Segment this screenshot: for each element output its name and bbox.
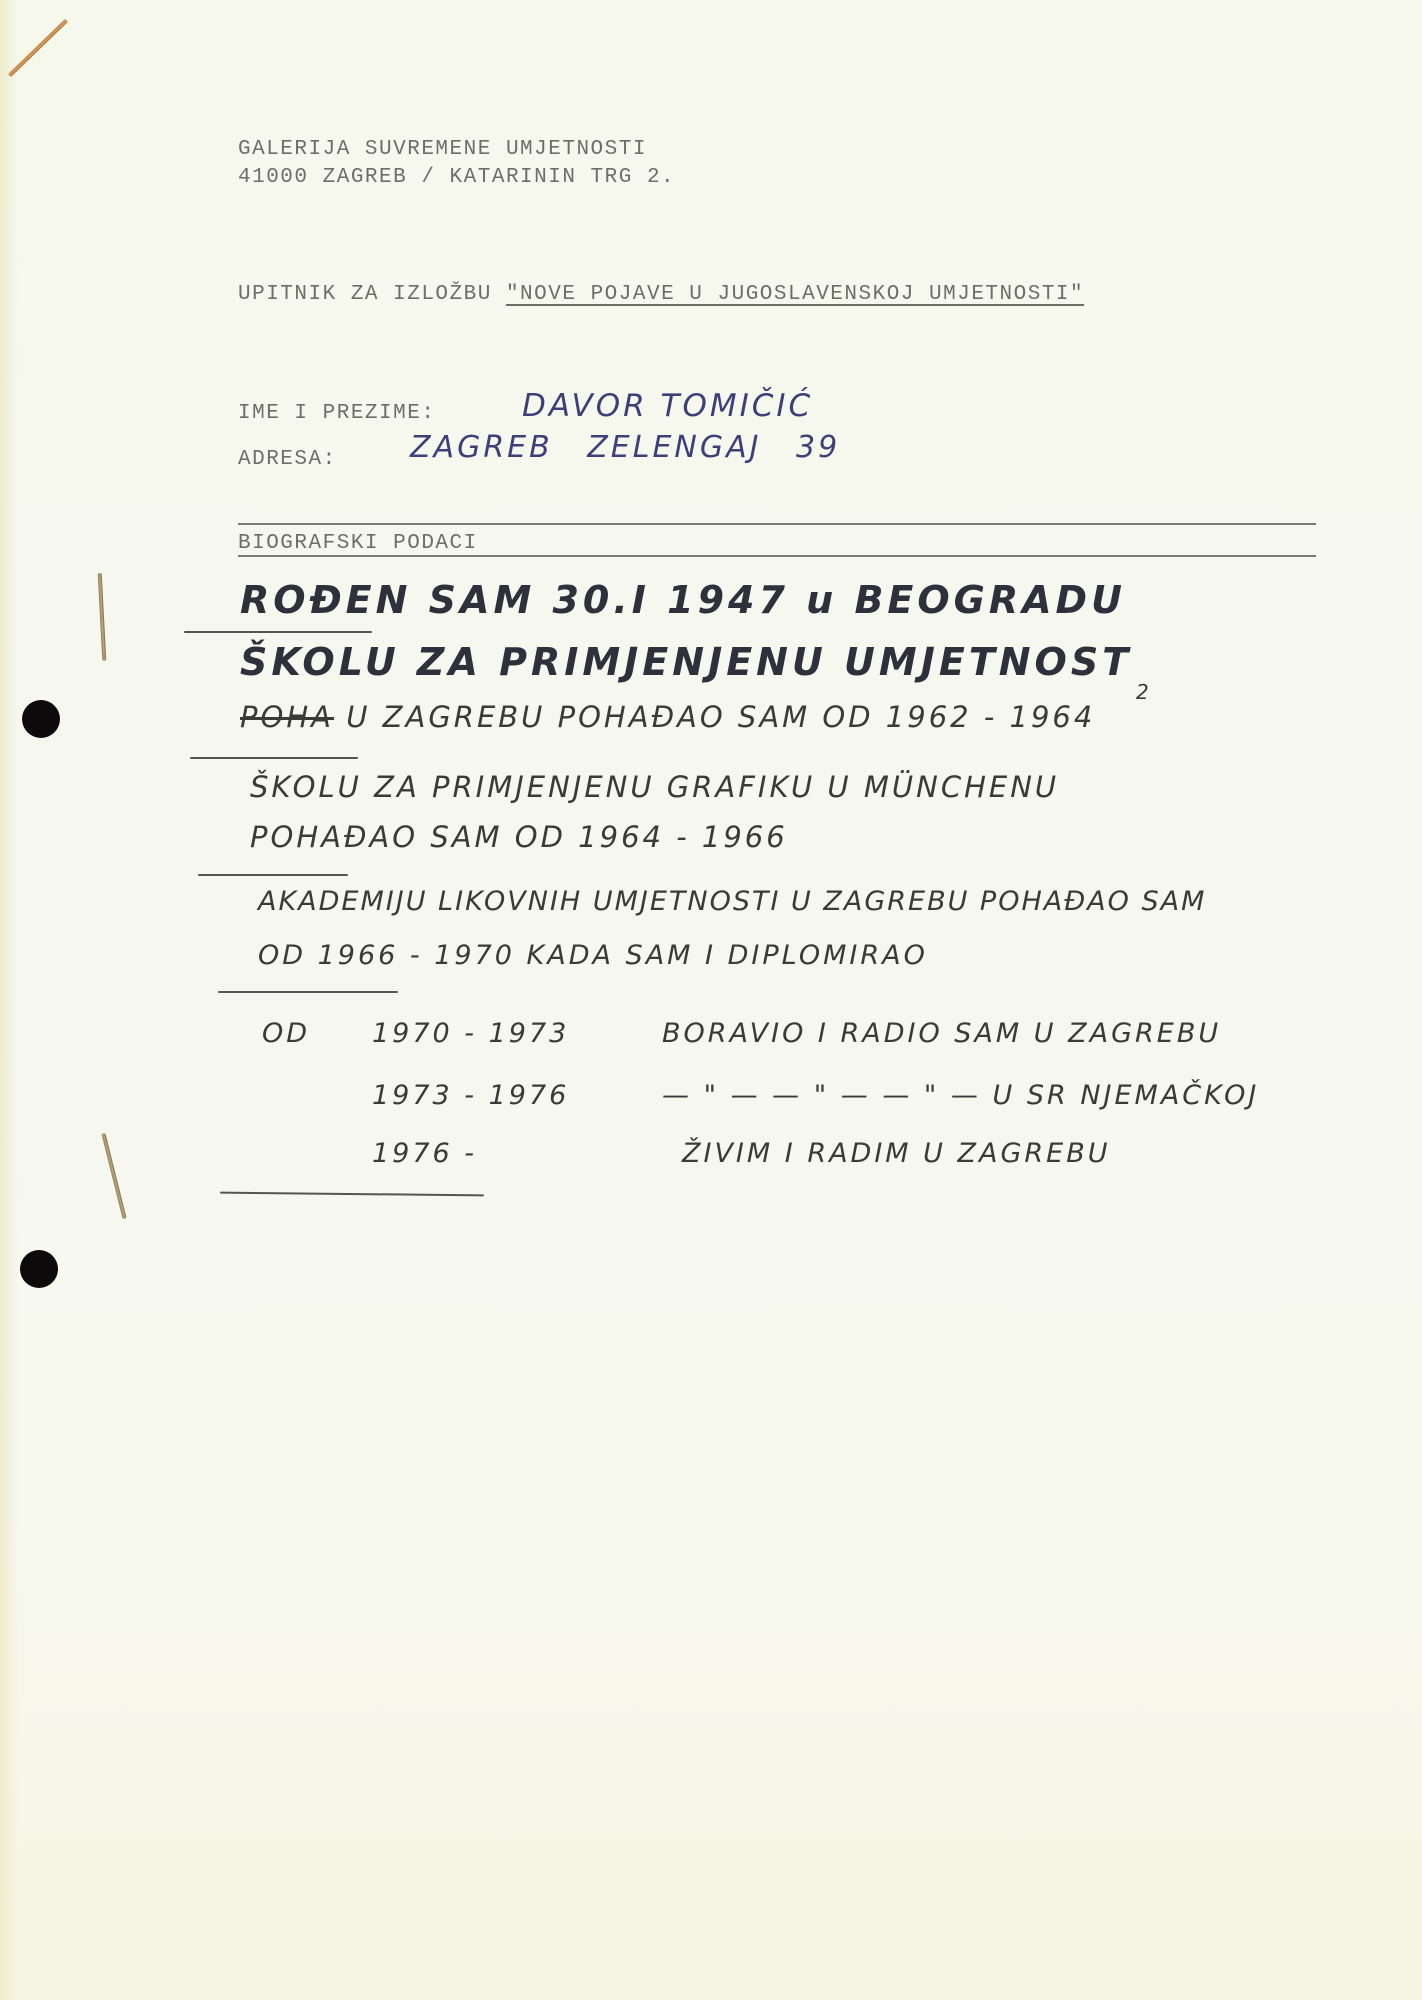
bio-entry-academy-line1: AKADEMIJU LIKOVNIH UMJETNOSTI U ZAGREBU … <box>258 886 1206 917</box>
residence-row: 1973 - 1976— " — — " — — " — U SR NJEMAČ… <box>262 1080 1259 1111</box>
bio-entry-school1-line2: POHA U ZAGREBU POHAĐAO SAM OD 1962 - 196… <box>240 700 1095 734</box>
struck-word: POHA <box>240 700 334 734</box>
punch-hole-icon <box>20 1250 58 1288</box>
institution-address: 41000 ZAGREB / KATARININ TRG 2. <box>238 166 675 189</box>
entry-separator <box>220 1192 484 1197</box>
bio-entry-school1-line1: ŠKOLU ZA PRIMJENJENU UMJETNOST <box>240 640 1132 684</box>
entry-separator <box>218 991 398 993</box>
bio-entry-school2-line2: POHAĐAO SAM OD 1964 - 1966 <box>250 820 788 854</box>
name-label: IME I PREZIME: <box>238 402 435 425</box>
form-title-prefix: UPITNIK ZA IZLOŽBU <box>238 283 492 306</box>
pin-icon <box>101 1133 126 1219</box>
pin-icon <box>98 573 107 661</box>
form-title: UPITNIK ZA IZLOŽBU "NOVE POJAVE U JUGOSL… <box>238 283 1084 306</box>
residence-row: OD1970 - 1973BORAVIO I RADIO SAM U ZAGRE… <box>262 1018 1221 1049</box>
entry-separator <box>184 631 372 633</box>
address-value: ZAGREB ZELENGAJ 39 <box>410 430 840 465</box>
residence-row: 1976 -ŽIVIM I RADIM U ZAGREBU <box>262 1138 1111 1169</box>
section-title: BIOGRAFSKI PODACI <box>238 532 478 555</box>
institution-name: GALERIJA SUVREMENE UMJETNOSTI <box>238 138 647 161</box>
section-rule-top <box>238 523 1316 525</box>
exhibition-title: "NOVE POJAVE U JUGOSLAVENSKOJ UMJETNOSTI… <box>506 283 1084 306</box>
paper-edge-shadow <box>0 0 18 2000</box>
name-value: DAVOR TOMIČIĆ <box>522 388 813 424</box>
entry-separator <box>198 874 348 876</box>
section-rule-bottom <box>238 555 1316 557</box>
bio-entry-birth: ROĐEN SAM 30.I 1947 u BEOGRADU <box>240 578 1126 622</box>
school1-details: U ZAGREBU POHAĐAO SAM OD 1962 - 1964 <box>346 700 1095 734</box>
address-label: ADRESA: <box>238 448 337 471</box>
bio-entry-academy-line2: OD 1966 - 1970 KADA SAM I DIPLOMIRAO <box>258 940 928 971</box>
bio-entry-school2-line1: ŠKOLU ZA PRIMJENJENU GRAFIKU U MÜNCHENU <box>250 770 1059 804</box>
entry-separator <box>190 757 358 759</box>
correction-superscript: 2 <box>1136 680 1152 704</box>
punch-hole-icon <box>22 700 60 738</box>
